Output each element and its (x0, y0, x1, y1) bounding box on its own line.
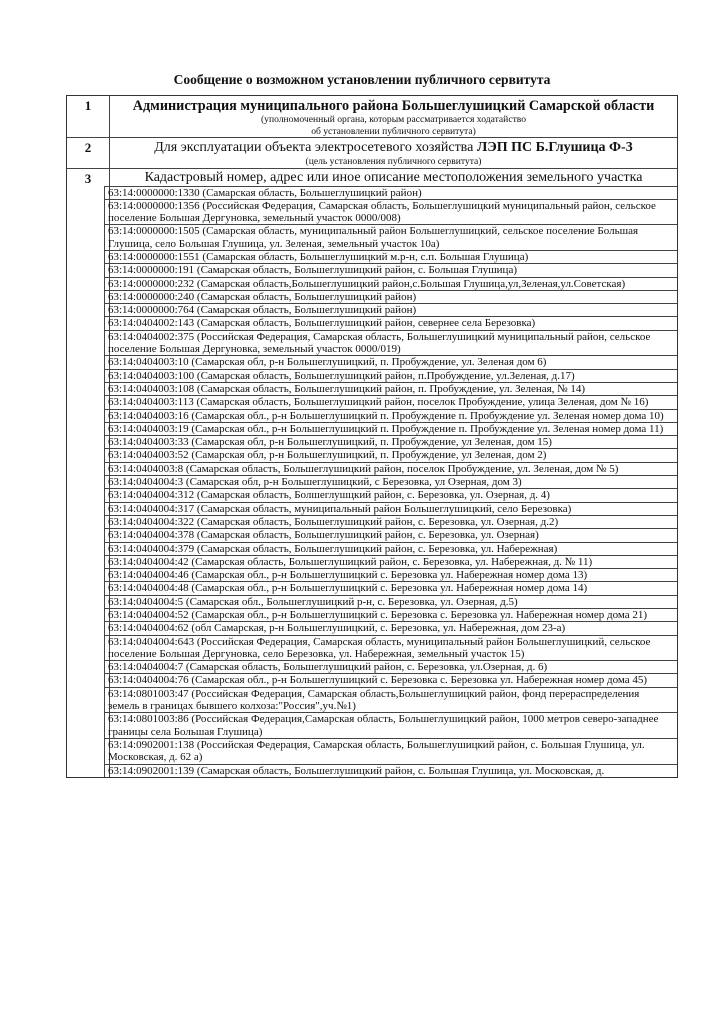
parcel-item: 63:14:0404003:33 (Самарская обл, р-н Бол… (104, 436, 677, 449)
parcel-item: 63:14:0404004:48 (Самарская обл., р-н Бо… (104, 582, 677, 595)
parcel-item: 63:14:0000000:1330 (Самарская область, Б… (104, 187, 677, 200)
parcel-item: 63:14:0404003:10 (Самарская обл, р-н Бол… (104, 356, 677, 369)
parcel-item: 63:14:0404004:322 (Самарская область, Бо… (104, 516, 677, 529)
parcel-item: 63:14:0404004:317 (Самарская область, му… (104, 503, 677, 516)
document-title: Сообщение о возможном установлении публи… (0, 72, 724, 88)
authority-cell: Администрация муниципального района Боль… (110, 96, 677, 137)
purpose-object: ЛЭП ПС Б.Глушица Ф-3 (477, 140, 633, 155)
parcel-item: 63:14:0000000:1551 (Самарская область, Б… (104, 251, 677, 264)
row-number: 2 (67, 138, 110, 168)
parcel-item: 63:14:0404004:76 (Самарская обл., р-н Бо… (104, 674, 677, 687)
table-row-parcels: 3 Кадастровый номер, адрес или иное опис… (67, 169, 677, 777)
parcel-item: 63:14:0404003:108 (Самарская область, Бо… (104, 383, 677, 396)
parcel-item: 63:14:0000000:1356 (Российская Федерация… (104, 200, 677, 226)
parcel-item: 63:14:0000000:191 (Самарская область, Бо… (104, 264, 677, 277)
parcel-list: 63:14:0000000:1330 (Самарская область, Б… (104, 186, 677, 777)
parcel-item: 63:14:0404004:5 (Самарская обл., Большег… (104, 596, 677, 609)
parcel-item: 63:14:0404002:143 (Самарская область, Бо… (104, 317, 677, 330)
purpose-caption: (цель установления публичного сервитута) (110, 156, 677, 168)
authority-caption-line-2: об установлении публичного сервитута) (110, 126, 677, 138)
parcel-item: 63:14:0404002:375 (Российская Федерация,… (104, 331, 677, 357)
parcels-cell: Кадастровый номер, адрес или иное описан… (110, 169, 677, 777)
parcel-item: 63:14:0404004:42 (Самарская область, Бол… (104, 556, 677, 569)
parcel-item: 63:14:0902001:138 (Российская Федерация,… (104, 739, 677, 765)
parcel-item: 63:14:0801003:86 (Российская Федерация,С… (104, 713, 677, 739)
parcel-item: 63:14:0902001:139 (Самарская область, Бо… (104, 765, 677, 777)
parcel-item: 63:14:0404004:378 (Самарская область, Бо… (104, 529, 677, 542)
parcel-item: 63:14:0404004:379 (Самарская область, Бо… (104, 543, 677, 556)
parcel-item: 63:14:0000000:764 (Самарская область, Бо… (104, 304, 677, 317)
parcel-item: 63:14:0404004:312 (Самарская область, Бо… (104, 489, 677, 502)
authority-caption-line-1: (уполномоченный органа, которым рассматр… (110, 114, 677, 126)
parcel-item: 63:14:0404003:8 (Самарская область, Боль… (104, 463, 677, 476)
parcel-item: 63:14:0404003:52 (Самарская обл, р-н Бол… (104, 449, 677, 462)
parcel-item: 63:14:0404004:62 (обл Самарская, р-н Бол… (104, 622, 677, 635)
parcel-item: 63:14:0404004:643 (Российская Федерация,… (104, 636, 677, 662)
parcel-item: 63:14:0404004:46 (Самарская обл., р-н Бо… (104, 569, 677, 582)
servitude-table: 1 Администрация муниципального района Бо… (66, 95, 678, 778)
parcel-item: 63:14:0404003:100 (Самарская область, Бо… (104, 370, 677, 383)
parcel-item: 63:14:0801003:47 (Российская Федерация, … (104, 688, 677, 714)
authority-name: Администрация муниципального района Боль… (110, 96, 677, 114)
parcel-item: 63:14:0000000:1505 (Самарская область, м… (104, 225, 677, 251)
parcel-item: 63:14:0000000:232 (Самарская область,Бол… (104, 278, 677, 291)
parcels-header: Кадастровый номер, адрес или иное описан… (110, 169, 677, 186)
purpose-text: Для эксплуатации объекта электросетевого… (110, 138, 677, 156)
row-number: 1 (67, 96, 110, 137)
parcel-item: 63:14:0404003:19 (Самарская обл., р-н Бо… (104, 423, 677, 436)
parcel-item: 63:14:0404004:7 (Самарская область, Боль… (104, 661, 677, 674)
purpose-prefix: Для эксплуатации объекта электросетевого… (154, 140, 477, 155)
parcel-item: 63:14:0404003:113 (Самарская область, Бо… (104, 396, 677, 409)
parcel-item: 63:14:0404004:52 (Самарская обл., р-н Бо… (104, 609, 677, 622)
table-row-authority: 1 Администрация муниципального района Бо… (67, 96, 677, 138)
parcel-item: 63:14:0000000:240 (Самарская область, Бо… (104, 291, 677, 304)
parcel-item: 63:14:0404003:16 (Самарская обл., р-н Бо… (104, 410, 677, 423)
purpose-cell: Для эксплуатации объекта электросетевого… (110, 138, 677, 168)
parcel-item: 63:14:0404004:3 (Самарская обл, р-н Боль… (104, 476, 677, 489)
table-row-purpose: 2 Для эксплуатации объекта электросетево… (67, 138, 677, 169)
